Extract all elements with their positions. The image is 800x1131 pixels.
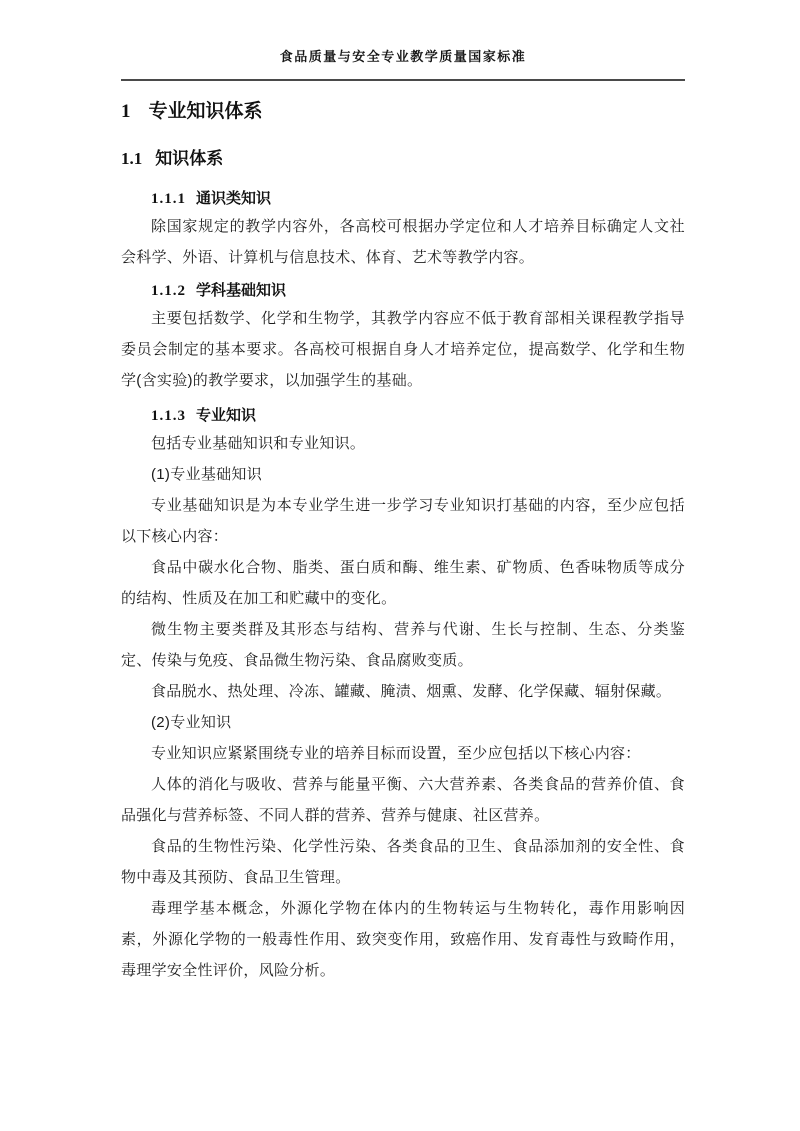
subsection-1-1-3: 1.1.3专业知识 包括专业基础知识和专业知识。 (1)专业基础知识 专业基础知… — [121, 404, 685, 986]
section-title: 知识体系 — [155, 149, 223, 168]
chapter-heading: 1专业知识体系 — [121, 99, 685, 125]
header-rule — [121, 79, 685, 81]
subsection-title: 通识类知识 — [196, 190, 271, 207]
paragraph: 专业基础知识是为本专业学生进一步学习专业知识打基础的内容，至少应包括以下核心内容… — [121, 490, 685, 552]
paragraph: 专业知识应紧紧围绕专业的培养目标而设置，至少应包括以下核心内容： — [121, 738, 685, 769]
subsection-1-1-1: 1.1.1通识类知识 除国家规定的教学内容外，各高校可根据办学定位和人才培养目标… — [121, 187, 685, 273]
chapter-number: 1 — [121, 101, 131, 122]
paragraph: 除国家规定的教学内容外，各高校可根据办学定位和人才培养目标确定人文社会科学、外语… — [121, 211, 685, 273]
paragraph: 包括专业基础知识和专业知识。 — [121, 428, 685, 459]
subsection-1-1-2: 1.1.2学科基础知识 主要包括数学、化学和生物学，其教学内容应不低于教育部相关… — [121, 279, 685, 396]
subsection-heading-1-1-1: 1.1.1通识类知识 — [121, 187, 685, 211]
subsection-title: 学科基础知识 — [196, 282, 286, 299]
page-header: 食品质量与安全专业教学质量国家标准 — [121, 49, 685, 81]
paragraph: 人体的消化与吸收、营养与能量平衡、六大营养素、各类食品的营养价值、食品强化与营养… — [121, 769, 685, 831]
section-number: 1.1 — [121, 149, 142, 168]
paragraph: 毒理学基本概念，外源化学物在体内的生物转运与生物转化，毒作用影响因素，外源化学物… — [121, 893, 685, 986]
paragraph: 食品的生物性污染、化学性污染、各类食品的卫生、食品添加剂的安全性、食物中毒及其预… — [121, 831, 685, 893]
document-content: 食品质量与安全专业教学质量国家标准 1专业知识体系 1.1知识体系 1.1.1通… — [0, 0, 800, 986]
subsection-title: 专业知识 — [196, 407, 256, 424]
subsection-heading-1-1-3: 1.1.3专业知识 — [121, 404, 685, 428]
paragraph: (1)专业基础知识 — [121, 459, 685, 490]
paragraph: 食品中碳水化合物、脂类、蛋白质和酶、维生素、矿物质、色香味物质等成分的结构、性质… — [121, 552, 685, 614]
paragraph: (2)专业知识 — [121, 707, 685, 738]
chapter-title: 专业知识体系 — [149, 101, 263, 122]
section-heading: 1.1知识体系 — [121, 147, 685, 171]
header-title: 食品质量与安全专业教学质量国家标准 — [121, 49, 685, 64]
paragraph: 食品脱水、热处理、冷冻、罐藏、腌渍、烟熏、发酵、化学保藏、辐射保藏。 — [121, 676, 685, 707]
document-page: 食品质量与安全专业教学质量国家标准 1专业知识体系 1.1知识体系 1.1.1通… — [0, 0, 800, 1131]
paragraph: 主要包括数学、化学和生物学，其教学内容应不低于教育部相关课程教学指导委员会制定的… — [121, 303, 685, 396]
paragraph: 微生物主要类群及其形态与结构、营养与代谢、生长与控制、生态、分类鉴定、传染与免疫… — [121, 614, 685, 676]
subsection-heading-1-1-2: 1.1.2学科基础知识 — [121, 279, 685, 303]
subsection-number: 1.1.1 — [151, 191, 186, 207]
subsection-number: 1.1.2 — [151, 283, 186, 299]
subsection-number: 1.1.3 — [151, 408, 186, 424]
